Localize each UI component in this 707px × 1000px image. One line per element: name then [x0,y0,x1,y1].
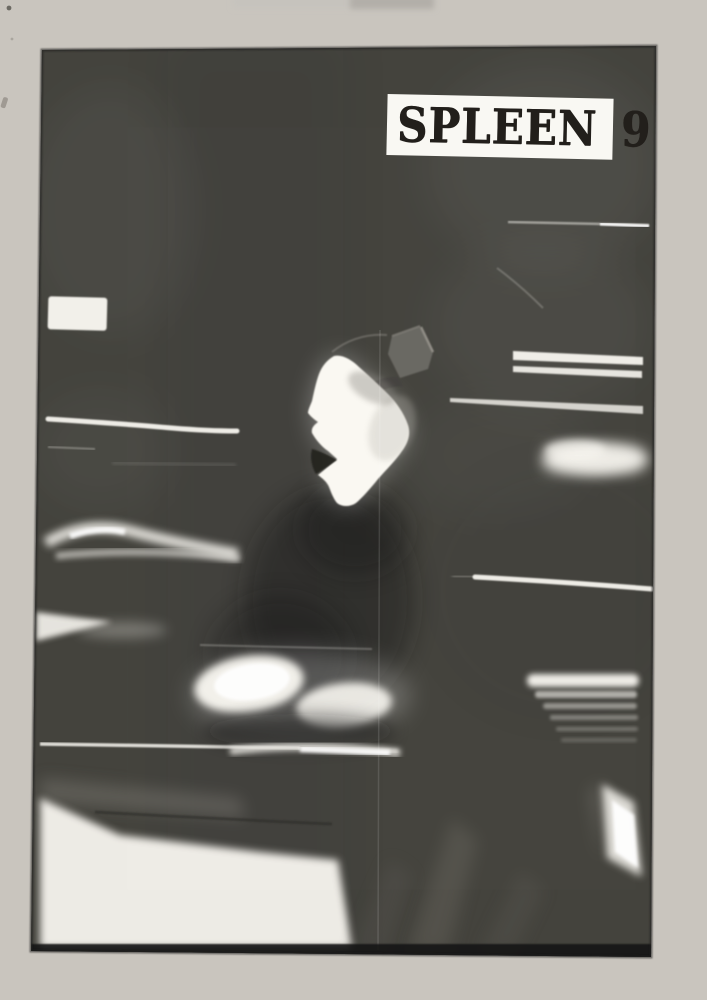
photo-area [25,40,680,965]
masthead-text: SPLEEN 9 [396,101,651,154]
streak-tail [452,576,475,577]
striation [543,703,637,709]
photocopy-smudge [233,0,434,9]
speck [11,38,14,41]
streak-block [48,296,108,331]
streak-tip [600,224,649,226]
zine-cover-page: SPLEEN 9 [0,0,707,1000]
striation [527,674,639,687]
streak-core [300,749,390,753]
smudge [350,0,434,9]
striation [561,738,637,742]
speck [7,6,12,11]
fuzzy-band [545,446,645,472]
issue-masthead-label: SPLEEN 9 [386,94,613,160]
smudge [233,0,365,8]
striation [535,691,637,698]
striation [550,715,638,720]
masthead-issue-number: 9 [620,105,651,154]
masthead-title: SPLEEN [396,101,597,153]
edge-wedge-tail [77,622,167,638]
striation [556,727,638,731]
